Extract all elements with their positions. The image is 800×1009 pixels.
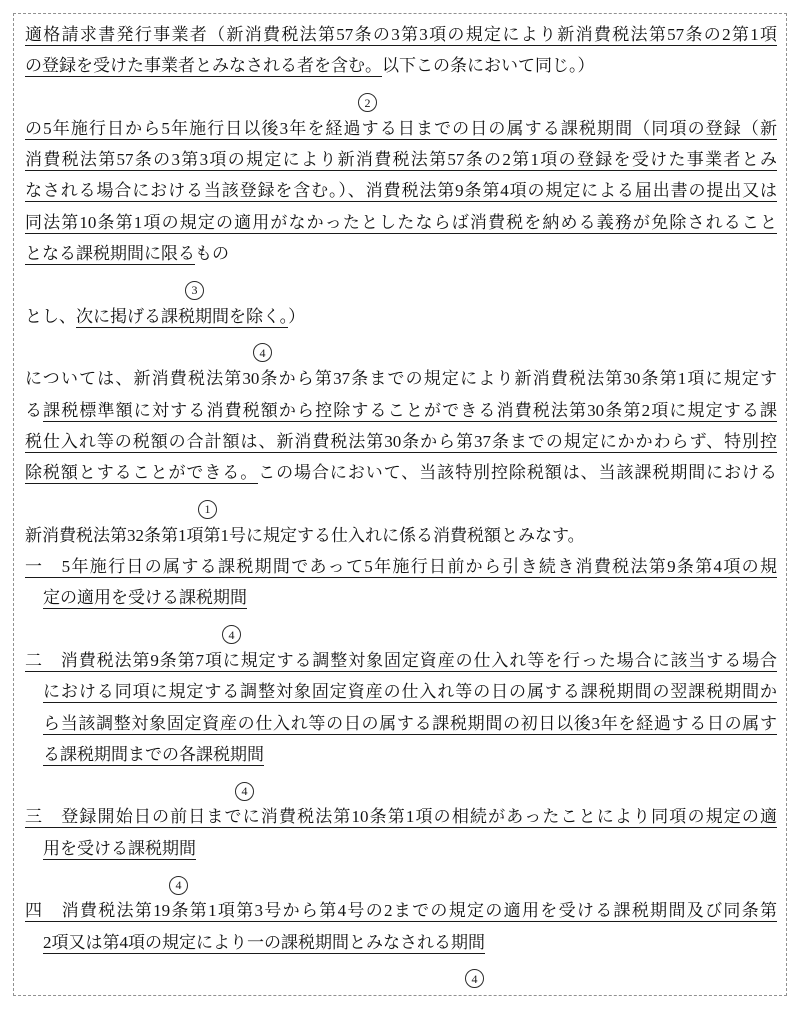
text-line: における同項に規定する調整対象固定資産の仕入れ等の日の属する課税期間の翌課税期間… (25, 676, 777, 707)
text-line: る課税期間までの各課税期間 (25, 739, 777, 770)
text-line: 2項又は第4項の規定により一の課税期間とみなされる期間 (25, 927, 777, 958)
text-line: 一 5年施行日の属する課税期間であって5年施行日前から引き続き消費税法第9条第4… (25, 551, 777, 582)
text-line: 定の適用を受ける課税期間 (25, 582, 777, 613)
text-segment: もの (195, 244, 229, 263)
text-line: の5年施行日から5年施行日以後3年を経過する日までの日の属する課税期間（同項の登… (25, 113, 777, 144)
circled-number-marker: 1 (198, 500, 217, 519)
text-line: なされる場合における当該登録を含む。）、消費税法第9条第4項の規定による届出書の… (25, 175, 777, 206)
text-line: 除税額とすることができる。この場合において、当該特別控除税額は、当該課税期間にお… (25, 457, 777, 488)
circled-number-line: 2 (25, 82, 777, 113)
circled-number-marker: 2 (358, 93, 377, 112)
text-line: の登録を受けた事業者とみなされる者を含む。以下この条において同じ。） (25, 50, 777, 81)
underlined-text-segment: の5年施行日から5年施行日以後3年を経過する日までの日の属する課税期間（同項の登… (25, 119, 777, 140)
underlined-text-segment: の登録を受けた事業者とみなされる者を含む。 (25, 56, 382, 77)
text-line: ら当該調整対象固定資産の仕入れ等の日の属する課税期間の初日以後3年を経過する日の… (25, 708, 777, 739)
text-segment: この場合において、当該特別控除税額は、当該課税期間における (258, 463, 777, 482)
circled-number-marker: 4 (465, 969, 484, 988)
circled-number-line: 4 (25, 958, 777, 989)
underlined-text-segment: における同項に規定する調整対象固定資産の仕入れ等の日の属する課税期間の翌課税期間… (43, 682, 777, 703)
circled-number-marker: 4 (253, 343, 272, 362)
underlined-text-segment: 二 消費税法第9条第7項に規定する調整対象固定資産の仕入れ等を行った場合に該当す… (25, 651, 777, 672)
text-line: 適格請求書発行事業者（新消費税法第57条の3第3項の規定により新消費税法第57条… (25, 19, 777, 50)
text-line: となる課税期間に限るもの (25, 238, 777, 269)
underlined-text-segment: 課税標準額に対する消費税額から控除することができる消費税法第30条第2項に規定す… (43, 401, 777, 422)
underlined-text-segment: ら当該調整対象固定資産の仕入れ等の日の属する課税期間の初日以後3年を経過する日の… (43, 714, 777, 735)
text-segment: 新消費税法第32条第1項第1号に規定する仕入れに係る消費税額とみなす。 (25, 526, 585, 545)
circled-number-marker: 4 (169, 876, 188, 895)
underlined-text-segment: る課税期間までの各課税期間 (43, 745, 264, 766)
text-line: 四 消費税法第19条第1項第3号から第4号の2までの規定の適用を受ける課税期間及… (25, 895, 777, 926)
underlined-text-segment: 税仕入れ等の税額の合計額は、新消費税法第30条から第37条までの規定にかかわらず… (25, 432, 777, 453)
underlined-text-segment: 除税額とすることができる。 (25, 463, 258, 484)
text-segment: 以下この条において同じ。） (382, 56, 595, 75)
circled-number-line: 4 (25, 614, 777, 645)
underlined-text-segment: 同法第10条第1項の規定の適用がなかったとしたならば消費税を納める義務が免除され… (25, 213, 777, 234)
underlined-text-segment: なされる場合における当該登録を含む。）、消費税法第9条第4項の規定による届出書の… (25, 181, 777, 202)
underlined-text-segment: 2項又は第4項の規定により一の課税期間とみなされる期間 (43, 933, 485, 954)
text-segment: ） (288, 307, 305, 326)
underlined-text-segment: 四 消費税法第19条第1項第3号から第4号の2までの規定の適用を受ける課税期間及… (25, 901, 777, 922)
text-line: る課税標準額に対する消費税額から控除することができる消費税法第30条第2項に規定… (25, 395, 777, 426)
underlined-text-segment: 次に掲げる課税期間を除く。 (76, 307, 288, 328)
circled-number-marker: 4 (222, 625, 241, 644)
circled-number-marker: 3 (185, 281, 204, 300)
circled-number-line: 3 (25, 269, 777, 300)
circled-number-line: 4 (25, 864, 777, 895)
text-line: 三 登録開始日の前日までに消費税法第10条第1項の相続があったことにより同項の規… (25, 801, 777, 832)
circled-number-line: 4 (25, 770, 777, 801)
underlined-text-segment: 三 登録開始日の前日までに消費税法第10条第1項の相続があったことにより同項の規… (25, 807, 777, 828)
text-line: 消費税法第57条の3第3項の規定により新消費税法第57条の2第1項の登録を受けた… (25, 144, 777, 175)
circled-number-marker: 4 (235, 782, 254, 801)
underlined-text-segment: 定の適用を受ける課税期間 (43, 588, 247, 609)
text-line: 二 消費税法第9条第7項に規定する調整対象固定資産の仕入れ等を行った場合に該当す… (25, 645, 777, 676)
underlined-text-segment: 消費税法第57条の3第3項の規定により新消費税法第57条の2第1項の登録を受けた… (25, 150, 777, 171)
circled-number-line: 4 (25, 332, 777, 363)
text-line: については、新消費税法第30条から第37条までの規定により新消費税法第30条第1… (25, 363, 777, 394)
text-line: 用を受ける課税期間 (25, 833, 777, 864)
underlined-text-segment: 一 5年施行日の属する課税期間であって5年施行日前から引き続き消費税法第9条第4… (25, 557, 777, 578)
text-segment: については、新消費税法第30条から第37条までの規定により新消費税法第30条第1… (25, 369, 777, 388)
circled-number-line: 1 (25, 488, 777, 519)
text-line: 同法第10条第1項の規定の適用がなかったとしたならば消費税を納める義務が免除され… (25, 207, 777, 238)
underlined-text-segment: となる課税期間に限る (25, 244, 195, 265)
text-segment: とし、 (25, 307, 76, 326)
underlined-text-segment: 用を受ける課税期間 (43, 839, 196, 860)
underlined-text-segment: 適格請求書発行事業者（新消費税法第57条の3第3項の規定により新消費税法第57条… (25, 25, 777, 46)
document-body: 適格請求書発行事業者（新消費税法第57条の3第3項の規定により新消費税法第57条… (25, 19, 777, 989)
text-line: 新消費税法第32条第1項第1号に規定する仕入れに係る消費税額とみなす。 (25, 520, 777, 551)
text-line: 税仕入れ等の税額の合計額は、新消費税法第30条から第37条までの規定にかかわらず… (25, 426, 777, 457)
text-line: とし、次に掲げる課税期間を除く。） (25, 301, 777, 332)
text-segment: る (25, 401, 43, 420)
